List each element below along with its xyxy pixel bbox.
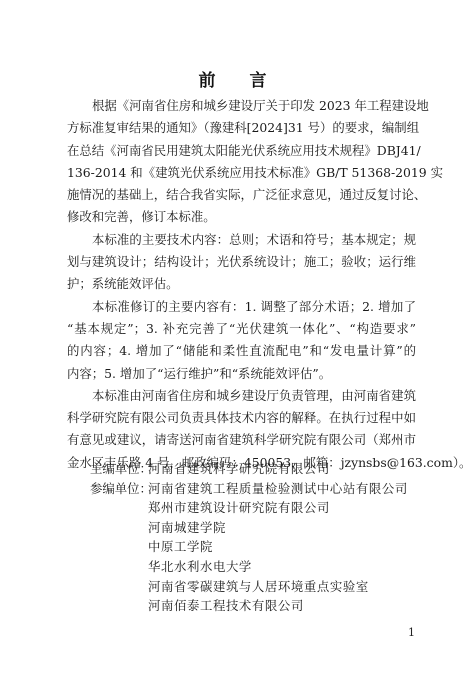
chief-editor-label: 主编单位： [90, 459, 148, 479]
participating-editor-name: 河南省建筑工程质量检验测试中心站有限公司 [148, 479, 408, 499]
paragraph-background: 根据《河南省住房和城乡建设厅关于印发 2023 年工程建设地 方标准复审结果的通… [67, 95, 416, 229]
text-line: 本标准的主要技术内容：总则；术语和符号；基本规定；规 [67, 229, 416, 251]
chief-editor-name: 河南省建筑科学研究院有限公司 [148, 459, 330, 479]
text-line: 修改和完善，修订本标准。 [67, 206, 416, 228]
text-line: 本标准由河南省住房和城乡建设厅负责管理，由河南省建筑 [67, 385, 416, 407]
paragraph-main-content: 本标准的主要技术内容：总则；术语和符号；基本规定；规 划与建筑设计；结构设计；光… [67, 229, 416, 296]
participating-editor-name: 河南佰泰工程技术有限公司 [148, 596, 304, 616]
text-line: 施情况的基础上，结合我省实际，广泛征求意见，通过反复讨论、 [67, 184, 416, 206]
participating-editor-row: 华北水利水电大学 [90, 557, 408, 577]
page-number: 1 [408, 626, 415, 639]
participating-editor-name: 河南城建学院 [148, 518, 226, 538]
participating-editor-row: 郑州市建筑设计研究院有限公司 [90, 498, 408, 518]
text-line: 有意见或建议，请寄送河南省建筑科学研究院有限公司（郑州市 [67, 429, 416, 451]
participating-editor-row: 参编单位： 河南省建筑工程质量检验测试中心站有限公司 [90, 479, 408, 499]
text-line: 内容；5. 增加了“运行维护”和“系统能效评估”。 [67, 363, 416, 385]
text-line: 根据《河南省住房和城乡建设厅关于印发 2023 年工程建设地 [67, 95, 416, 117]
text-line: 方标准复审结果的通知》（豫建科[2024]31 号）的要求，编制组 [67, 117, 416, 139]
text-line: 的内容；4. 增加了“储能和柔性直流配电”和“发电量计算”的 [67, 340, 416, 362]
text-line: 136-2014 和《建筑光伏系统应用技术标准》GB/T 51368-2019 … [67, 162, 416, 184]
participating-editors-label: 参编单位： [90, 479, 148, 499]
participating-editor-row: 河南佰泰工程技术有限公司 [90, 596, 408, 616]
paragraph-revisions: 本标准修订的主要内容有：1. 调整了部分术语；2. 增加了 “基本规定”；3. … [67, 296, 416, 385]
text-line: 在总结《河南省民用建筑太阳能光伏系统应用技术规程》DBJ41/ [67, 140, 416, 162]
chief-editor-row: 主编单位： 河南省建筑科学研究院有限公司 [90, 459, 408, 479]
participating-editor-name: 华北水利水电大学 [148, 557, 252, 577]
text-line: 本标准修订的主要内容有：1. 调整了部分术语；2. 增加了 [67, 296, 416, 318]
participating-editor-name: 郑州市建筑设计研究院有限公司 [148, 498, 330, 518]
participating-editor-name: 中原工学院 [148, 537, 213, 557]
document-page: 前 言 根据《河南省住房和城乡建设厅关于印发 2023 年工程建设地 方标准复审… [0, 0, 465, 675]
organizations-list: 主编单位： 河南省建筑科学研究院有限公司 参编单位： 河南省建筑工程质量检验测试… [90, 459, 408, 616]
text-line: 科学研究院有限公司负责具体技术内容的解释。在执行过程中如 [67, 407, 416, 429]
text-line: 划与建筑设计；结构设计；光伏系统设计；施工；验收；运行维 [67, 251, 416, 273]
text-line: 护；系统能效评估。 [67, 273, 416, 295]
participating-editor-row: 河南城建学院 [90, 518, 408, 538]
participating-editor-name: 河南省零碳建筑与人居环境重点实验室 [148, 577, 369, 597]
participating-editor-row: 河南省零碳建筑与人居环境重点实验室 [90, 577, 408, 597]
preface-body: 根据《河南省住房和城乡建设厅关于印发 2023 年工程建设地 方标准复审结果的通… [67, 95, 416, 474]
participating-editor-row: 中原工学院 [90, 537, 408, 557]
page-title: 前 言 [0, 70, 465, 92]
text-line: “基本规定”；3. 补充完善了“光伏建筑一体化”、“构造要求” [67, 318, 416, 340]
